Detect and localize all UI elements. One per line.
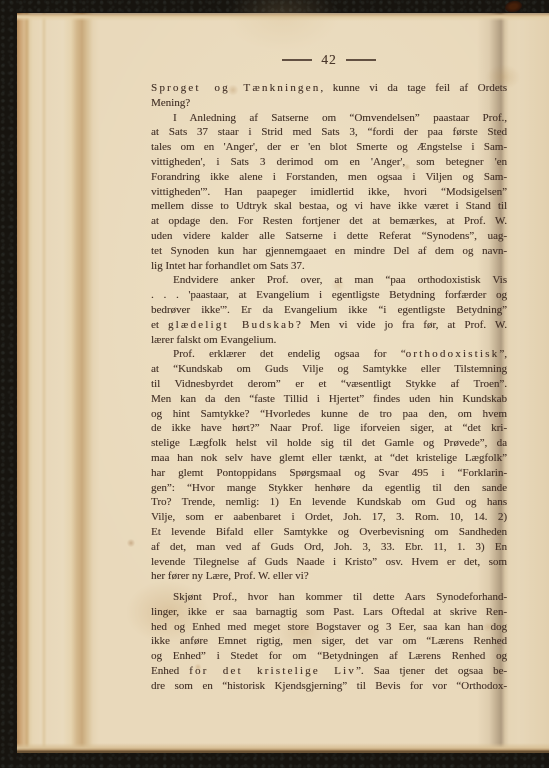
text-line: linger, ikke er saa barnagtig som Past. … bbox=[151, 605, 507, 620]
text-line: ikke anføre Emnet rigtig, men siger, det… bbox=[151, 634, 507, 649]
text-segment: levende Tilegnelse af Guds Naade i Krist… bbox=[151, 556, 507, 568]
text-segment: og Enhed” i Stedet for om “Betydningen a… bbox=[151, 650, 507, 662]
text-line: Men kan da den “faste Tillid i Hjertet” … bbox=[151, 392, 507, 407]
emphasized-text: for det kristelige Liv bbox=[189, 665, 356, 677]
text-segment: de ikke have hørt?” Naar Prof. lige ifor… bbox=[151, 422, 507, 434]
text-line: af det, man ved af Guds Ord, Joh. 3, 33.… bbox=[151, 540, 507, 555]
text-segment: hed og Enhed med meget store Bogstaver o… bbox=[151, 621, 507, 633]
header-rule-right bbox=[346, 59, 376, 61]
text-segment: bedrøver ikke'”. Er da Evangelium ikke “… bbox=[151, 304, 507, 316]
text-segment: Enhed bbox=[151, 665, 189, 677]
text-line: Enhed for det kristelige Liv”. Saa tjene… bbox=[151, 664, 507, 679]
text-segment: Tro? Trende, nemlig: 1) En levende Kunds… bbox=[151, 496, 507, 508]
text-segment: maa han nok selv have glemt eller tænkt,… bbox=[151, 452, 507, 464]
paragraph: Skjønt Prof., hvor han kommer til dette … bbox=[151, 590, 507, 694]
page-edge-stack-left bbox=[17, 13, 99, 753]
page-header: 42 bbox=[151, 52, 507, 68]
text-line: Et levende Bifald eller Samtykke og Over… bbox=[151, 525, 507, 540]
text-segment: ? Men vi vide jo fra før, at Prof. W. bbox=[296, 319, 507, 331]
text-line: I Anledning af Satserne om “Omvendelsen”… bbox=[151, 111, 507, 126]
text-segment: af det, man ved af Guds Ord, Joh. 3, 33.… bbox=[151, 541, 507, 553]
text-segment: Forandring ikke alene i Forstanden, men … bbox=[151, 171, 507, 183]
text-line: lig Intet har forhandlet om Sats 37. bbox=[151, 259, 507, 274]
text-line: har glemt Pontoppidans Spørgsmaal og Sva… bbox=[151, 466, 507, 481]
text-segment: Vilje, som er aabenbaret i Ordet, Joh. 1… bbox=[151, 511, 507, 523]
text-segment: Prof. erklærer det endelig ogsaa for “ bbox=[173, 348, 406, 360]
text-line: Endvidere anker Prof. over, at man “paa … bbox=[151, 273, 507, 288]
text-line: at Sats 37 staar i Strid med Sats 3, “fo… bbox=[151, 125, 507, 140]
text-line: tet Synoden kun har gjennemgaaet en mind… bbox=[151, 244, 507, 259]
text-line: . . . 'paastaar, at Evangelium i egentli… bbox=[151, 288, 507, 303]
text-segment: lig Intet har forhandlet om Sats 37. bbox=[151, 260, 305, 272]
emphasized-text: glædeligt Budskab bbox=[168, 319, 296, 331]
text-segment: dre som en “historisk Kjendsgjerning” ti… bbox=[151, 680, 507, 692]
text-segment: . . . 'paastaar, at Evangelium i egentli… bbox=[151, 289, 507, 301]
text-line: levende Tilegnelse af Guds Naade i Krist… bbox=[151, 555, 507, 570]
text-line: Tro? Trende, nemlig: 1) En levende Kunds… bbox=[151, 495, 507, 510]
page-edge-top bbox=[17, 13, 549, 21]
text-segment: linger, ikke er saa barnagtig som Past. … bbox=[151, 606, 507, 618]
emphasized-text: orthodoxistisk bbox=[406, 348, 500, 360]
text-line: Sproget og Tænkningen, kunne vi da tage … bbox=[151, 81, 507, 96]
text-line: de ikke have hørt?” Naar Prof. lige ifor… bbox=[151, 421, 507, 436]
text-segment: mellem disse to Udtryk skal bestaa, og v… bbox=[151, 200, 507, 212]
text-segment: tales om en 'Anger', der er 'en blot Sme… bbox=[151, 141, 507, 153]
text-segment: vittigheden', i Sats 3 derimod om en 'An… bbox=[151, 156, 507, 168]
text-line: at opdage den. For Resten fortjener det … bbox=[151, 214, 507, 229]
paragraph: Endvidere anker Prof. over, at man “paa … bbox=[151, 273, 507, 347]
text-segment: Et levende Bifald eller Samtykke og Over… bbox=[151, 526, 507, 538]
text-segment: og hint Samtykke? “Hvorledes kunne de tr… bbox=[151, 408, 507, 420]
text-segment: at Sats 37 staar i Strid med Sats 3, “fo… bbox=[151, 126, 507, 138]
text-segment: at “Kundskab om Guds Vilje og Samtykke e… bbox=[151, 363, 507, 375]
text-line: Skjønt Prof., hvor han kommer til dette … bbox=[151, 590, 507, 605]
text-segment: et bbox=[151, 319, 168, 331]
emphasized-text: Sproget og Tænkningen bbox=[151, 82, 320, 94]
text-line: vittigheden', i Sats 3 derimod om en 'An… bbox=[151, 155, 507, 170]
text-segment: vittigheden'”. Han paapeger imidlertid i… bbox=[151, 186, 507, 198]
text-segment: uden videre kalder alle Satserne i dette… bbox=[151, 230, 507, 242]
text-segment: Endvidere anker Prof. over, at man “paa … bbox=[173, 274, 507, 286]
text-line: Mening? bbox=[151, 96, 507, 111]
text-segment: Skjønt Prof., hvor han kommer til dette … bbox=[173, 591, 507, 603]
text-line: her fører ny Lære, Prof. W. eller vi? bbox=[151, 569, 507, 584]
text-line: Vilje, som er aabenbaret i Ordet, Joh. 1… bbox=[151, 510, 507, 525]
text-line: gen”: “Hvor mange Stykker henhøre da ege… bbox=[151, 481, 507, 496]
text-line: dre som en “historisk Kjendsgjerning” ti… bbox=[151, 679, 507, 694]
text-line: og hint Samtykke? “Hvorledes kunne de tr… bbox=[151, 407, 507, 422]
text-line: et glædeligt Budskab? Men vi vide jo fra… bbox=[151, 318, 507, 333]
text-line: tales om en 'Anger', der er 'en blot Sme… bbox=[151, 140, 507, 155]
text-segment: har glemt Pontoppidans Spørgsmaal og Sva… bbox=[151, 467, 507, 479]
text-segment: ”. Saa tjener det ogsaa be- bbox=[356, 665, 507, 677]
text-segment: tet Synoden kun har gjennemgaaet en mind… bbox=[151, 245, 507, 257]
text-line: Forandring ikke alene i Forstanden, men … bbox=[151, 170, 507, 185]
text-line: hed og Enhed med meget store Bogstaver o… bbox=[151, 620, 507, 635]
text-segment: lærer falskt om Evangelium. bbox=[151, 334, 276, 346]
text-segment: gen”: “Hvor mange Stykker henhøre da ege… bbox=[151, 482, 507, 494]
text-segment: , kunne vi da tage feil af Ordets bbox=[320, 82, 507, 94]
text-segment: ”, bbox=[499, 348, 507, 360]
text-line: vittigheden'”. Han paapeger imidlertid i… bbox=[151, 185, 507, 200]
text-line: til Vidnesbyrdet derom” er et “væsentlig… bbox=[151, 377, 507, 392]
page-number: 42 bbox=[321, 52, 337, 68]
text-line: og Enhed” i Stedet for om “Betydningen a… bbox=[151, 649, 507, 664]
text-segment: stelige Lægfolk helst vil holde sig til … bbox=[151, 437, 507, 449]
paragraph: I Anledning af Satserne om “Omvendelsen”… bbox=[151, 111, 507, 274]
text-line: Prof. erklærer det endelig ogsaa for “or… bbox=[151, 347, 507, 362]
text-line: stelige Lægfolk helst vil holde sig til … bbox=[151, 436, 507, 451]
book-scan: 42 Sproget og Tænkningen, kunne vi da ta… bbox=[0, 0, 549, 768]
text-segment: Mening? bbox=[151, 97, 190, 109]
text-line: uden videre kalder alle Satserne i dette… bbox=[151, 229, 507, 244]
text-segment: I Anledning af Satserne om “Omvendelsen”… bbox=[173, 112, 507, 124]
page-edge-bottom bbox=[17, 743, 549, 753]
text-segment: at opdage den. For Resten fortjener det … bbox=[151, 215, 507, 227]
text-line: lærer falskt om Evangelium. bbox=[151, 333, 507, 348]
paragraph: Sproget og Tænkningen, kunne vi da tage … bbox=[151, 81, 507, 111]
text-segment: her fører ny Lære, Prof. W. eller vi? bbox=[151, 570, 309, 582]
header-rule-left bbox=[282, 59, 312, 61]
paragraph: Prof. erklærer det endelig ogsaa for “or… bbox=[151, 347, 507, 584]
text-line: maa han nok selv have glemt eller tænkt,… bbox=[151, 451, 507, 466]
text-segment: ikke anføre Emnet rigtig, men siger, det… bbox=[151, 635, 507, 647]
text-segment: til Vidnesbyrdet derom” er et “væsentlig… bbox=[151, 378, 507, 390]
text-line: mellem disse to Udtryk skal bestaa, og v… bbox=[151, 199, 507, 214]
text-line: at “Kundskab om Guds Vilje og Samtykke e… bbox=[151, 362, 507, 377]
page-text: Sproget og Tænkningen, kunne vi da tage … bbox=[151, 81, 507, 694]
text-line: bedrøver ikke'”. Er da Evangelium ikke “… bbox=[151, 303, 507, 318]
text-segment: Men kan da den “faste Tillid i Hjertet” … bbox=[151, 393, 507, 405]
